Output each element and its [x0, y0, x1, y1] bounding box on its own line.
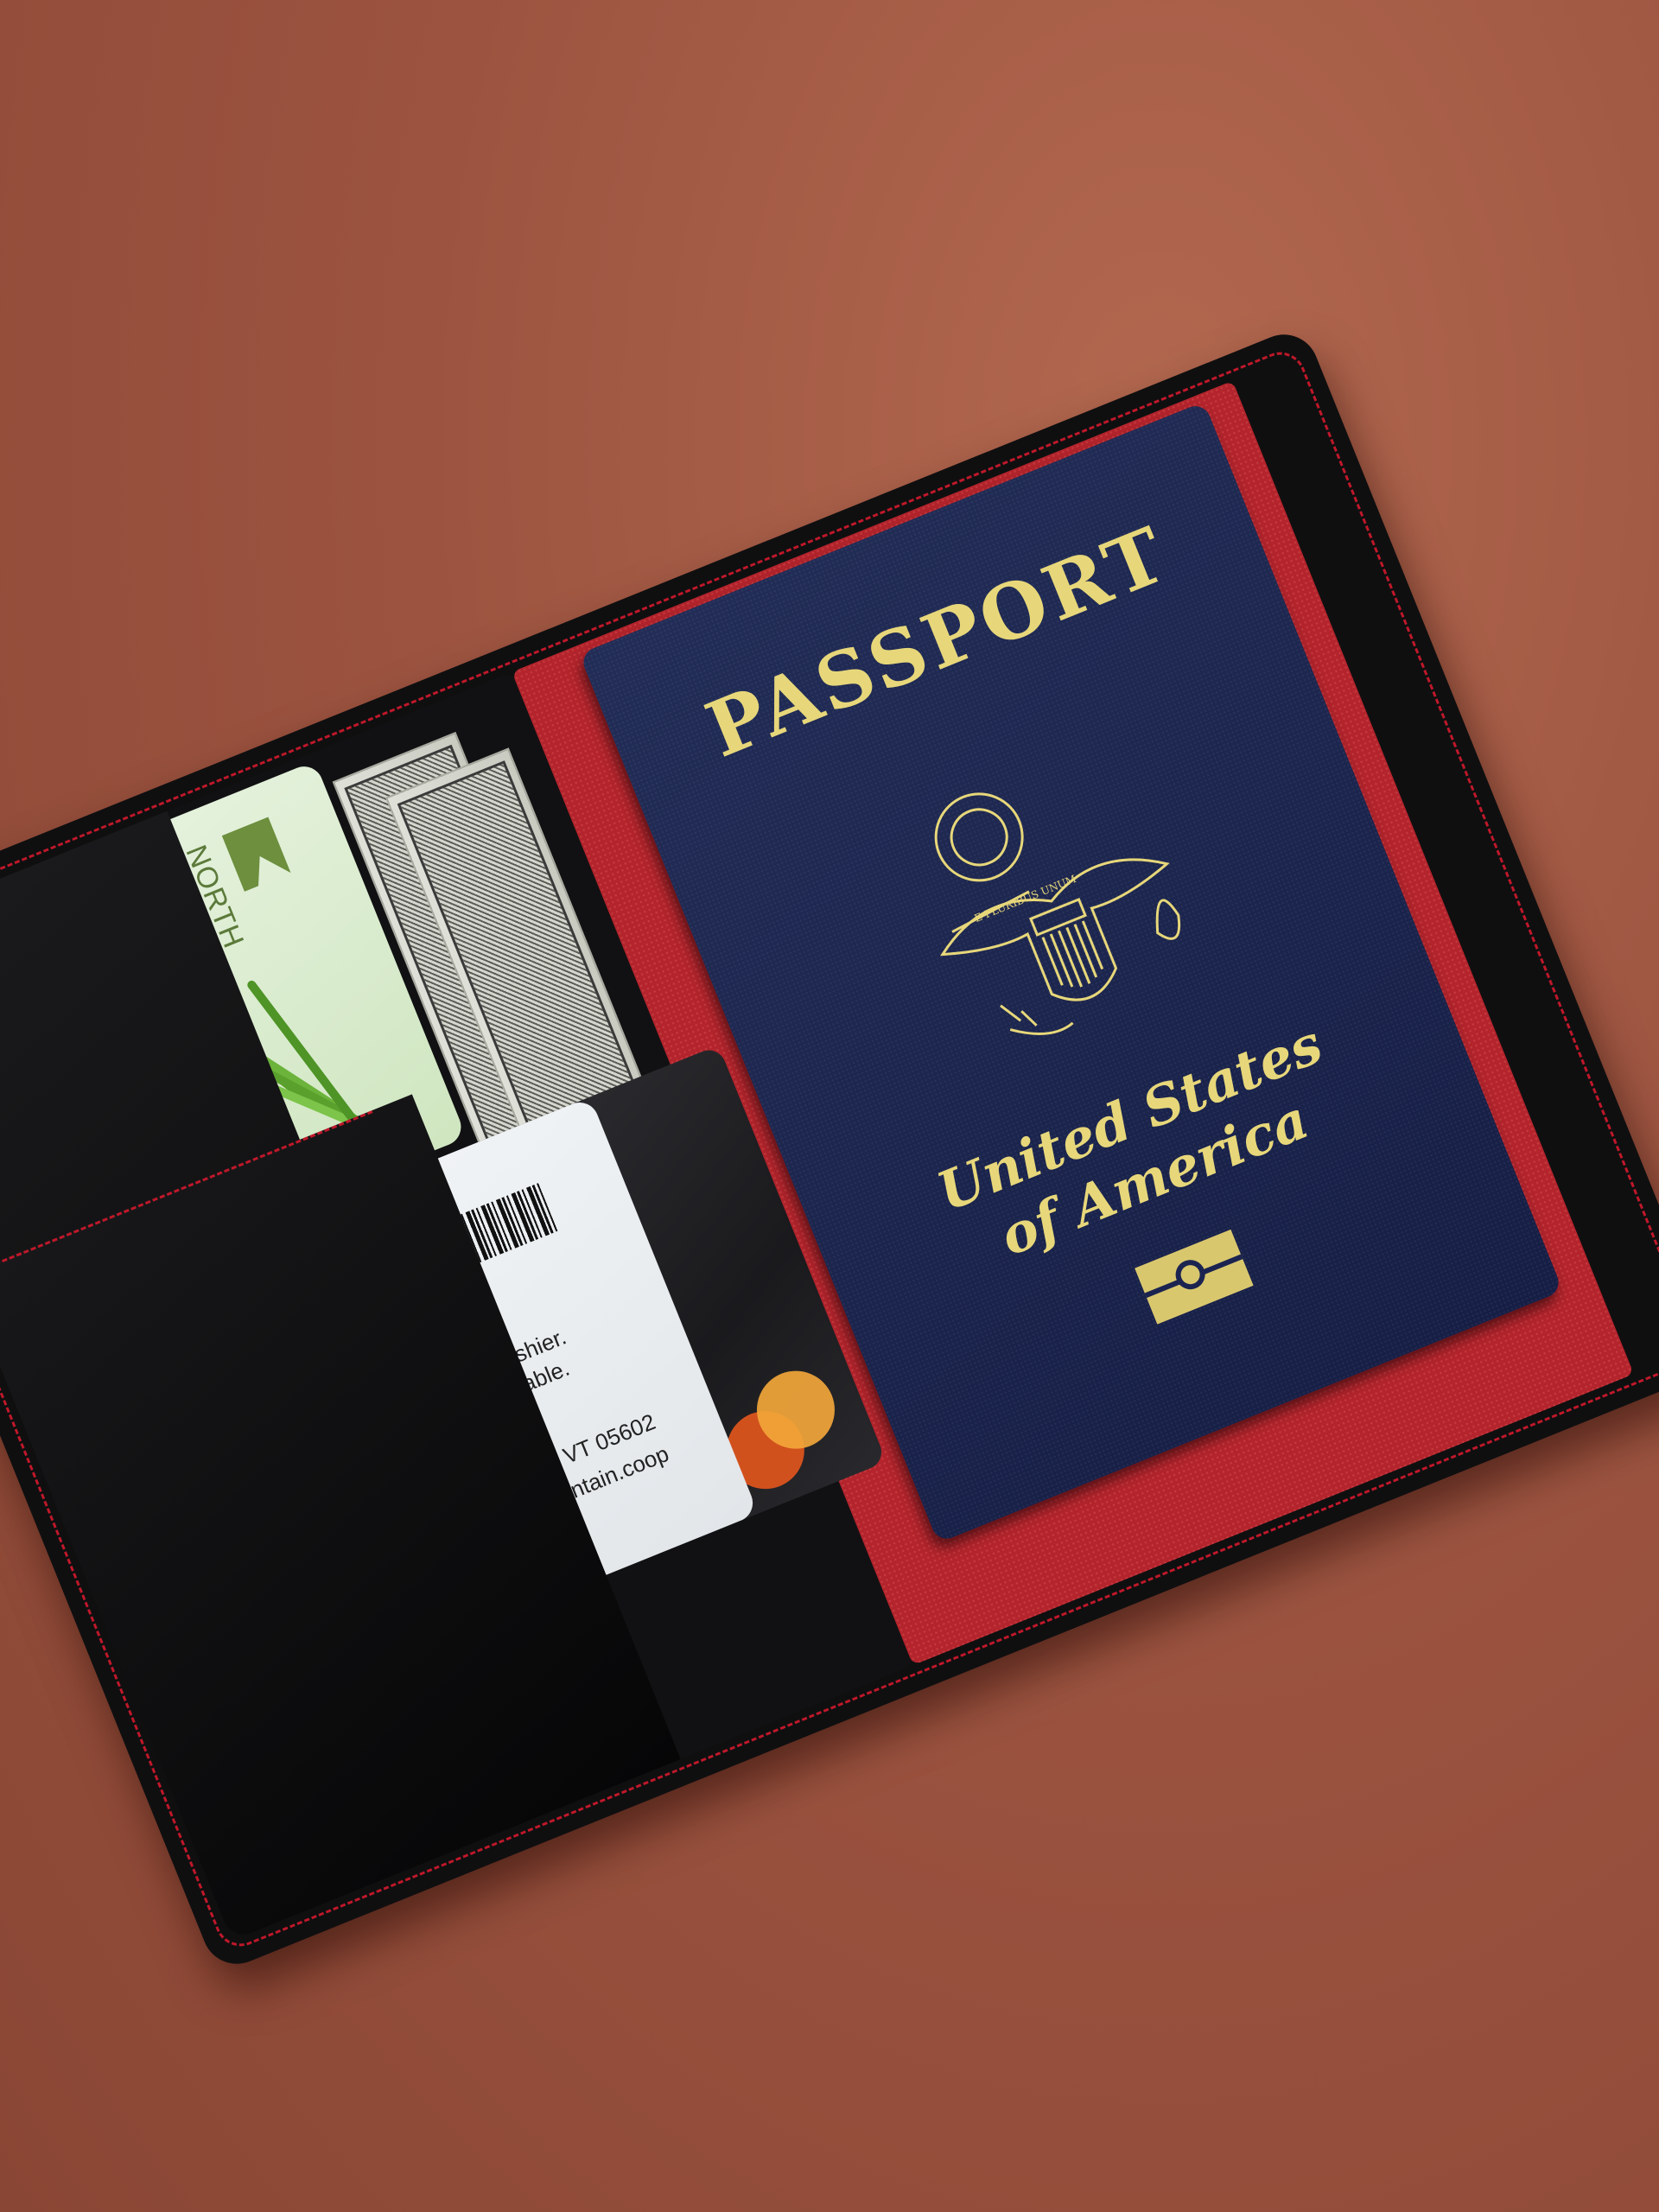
tree-mountain-logo-icon: [222, 817, 291, 892]
passport-title: PASSPORT: [608, 474, 1267, 810]
biometric-chip-icon: [1135, 1230, 1253, 1325]
passport-wallet: NORTH COUNTRY Your community credit unio…: [0, 228, 1659, 2070]
photo-scene: NORTH COUNTRY Your community credit unio…: [0, 0, 1659, 2212]
eagle-seal-icon: E PLURIBUS UNUM: [872, 721, 1245, 1114]
